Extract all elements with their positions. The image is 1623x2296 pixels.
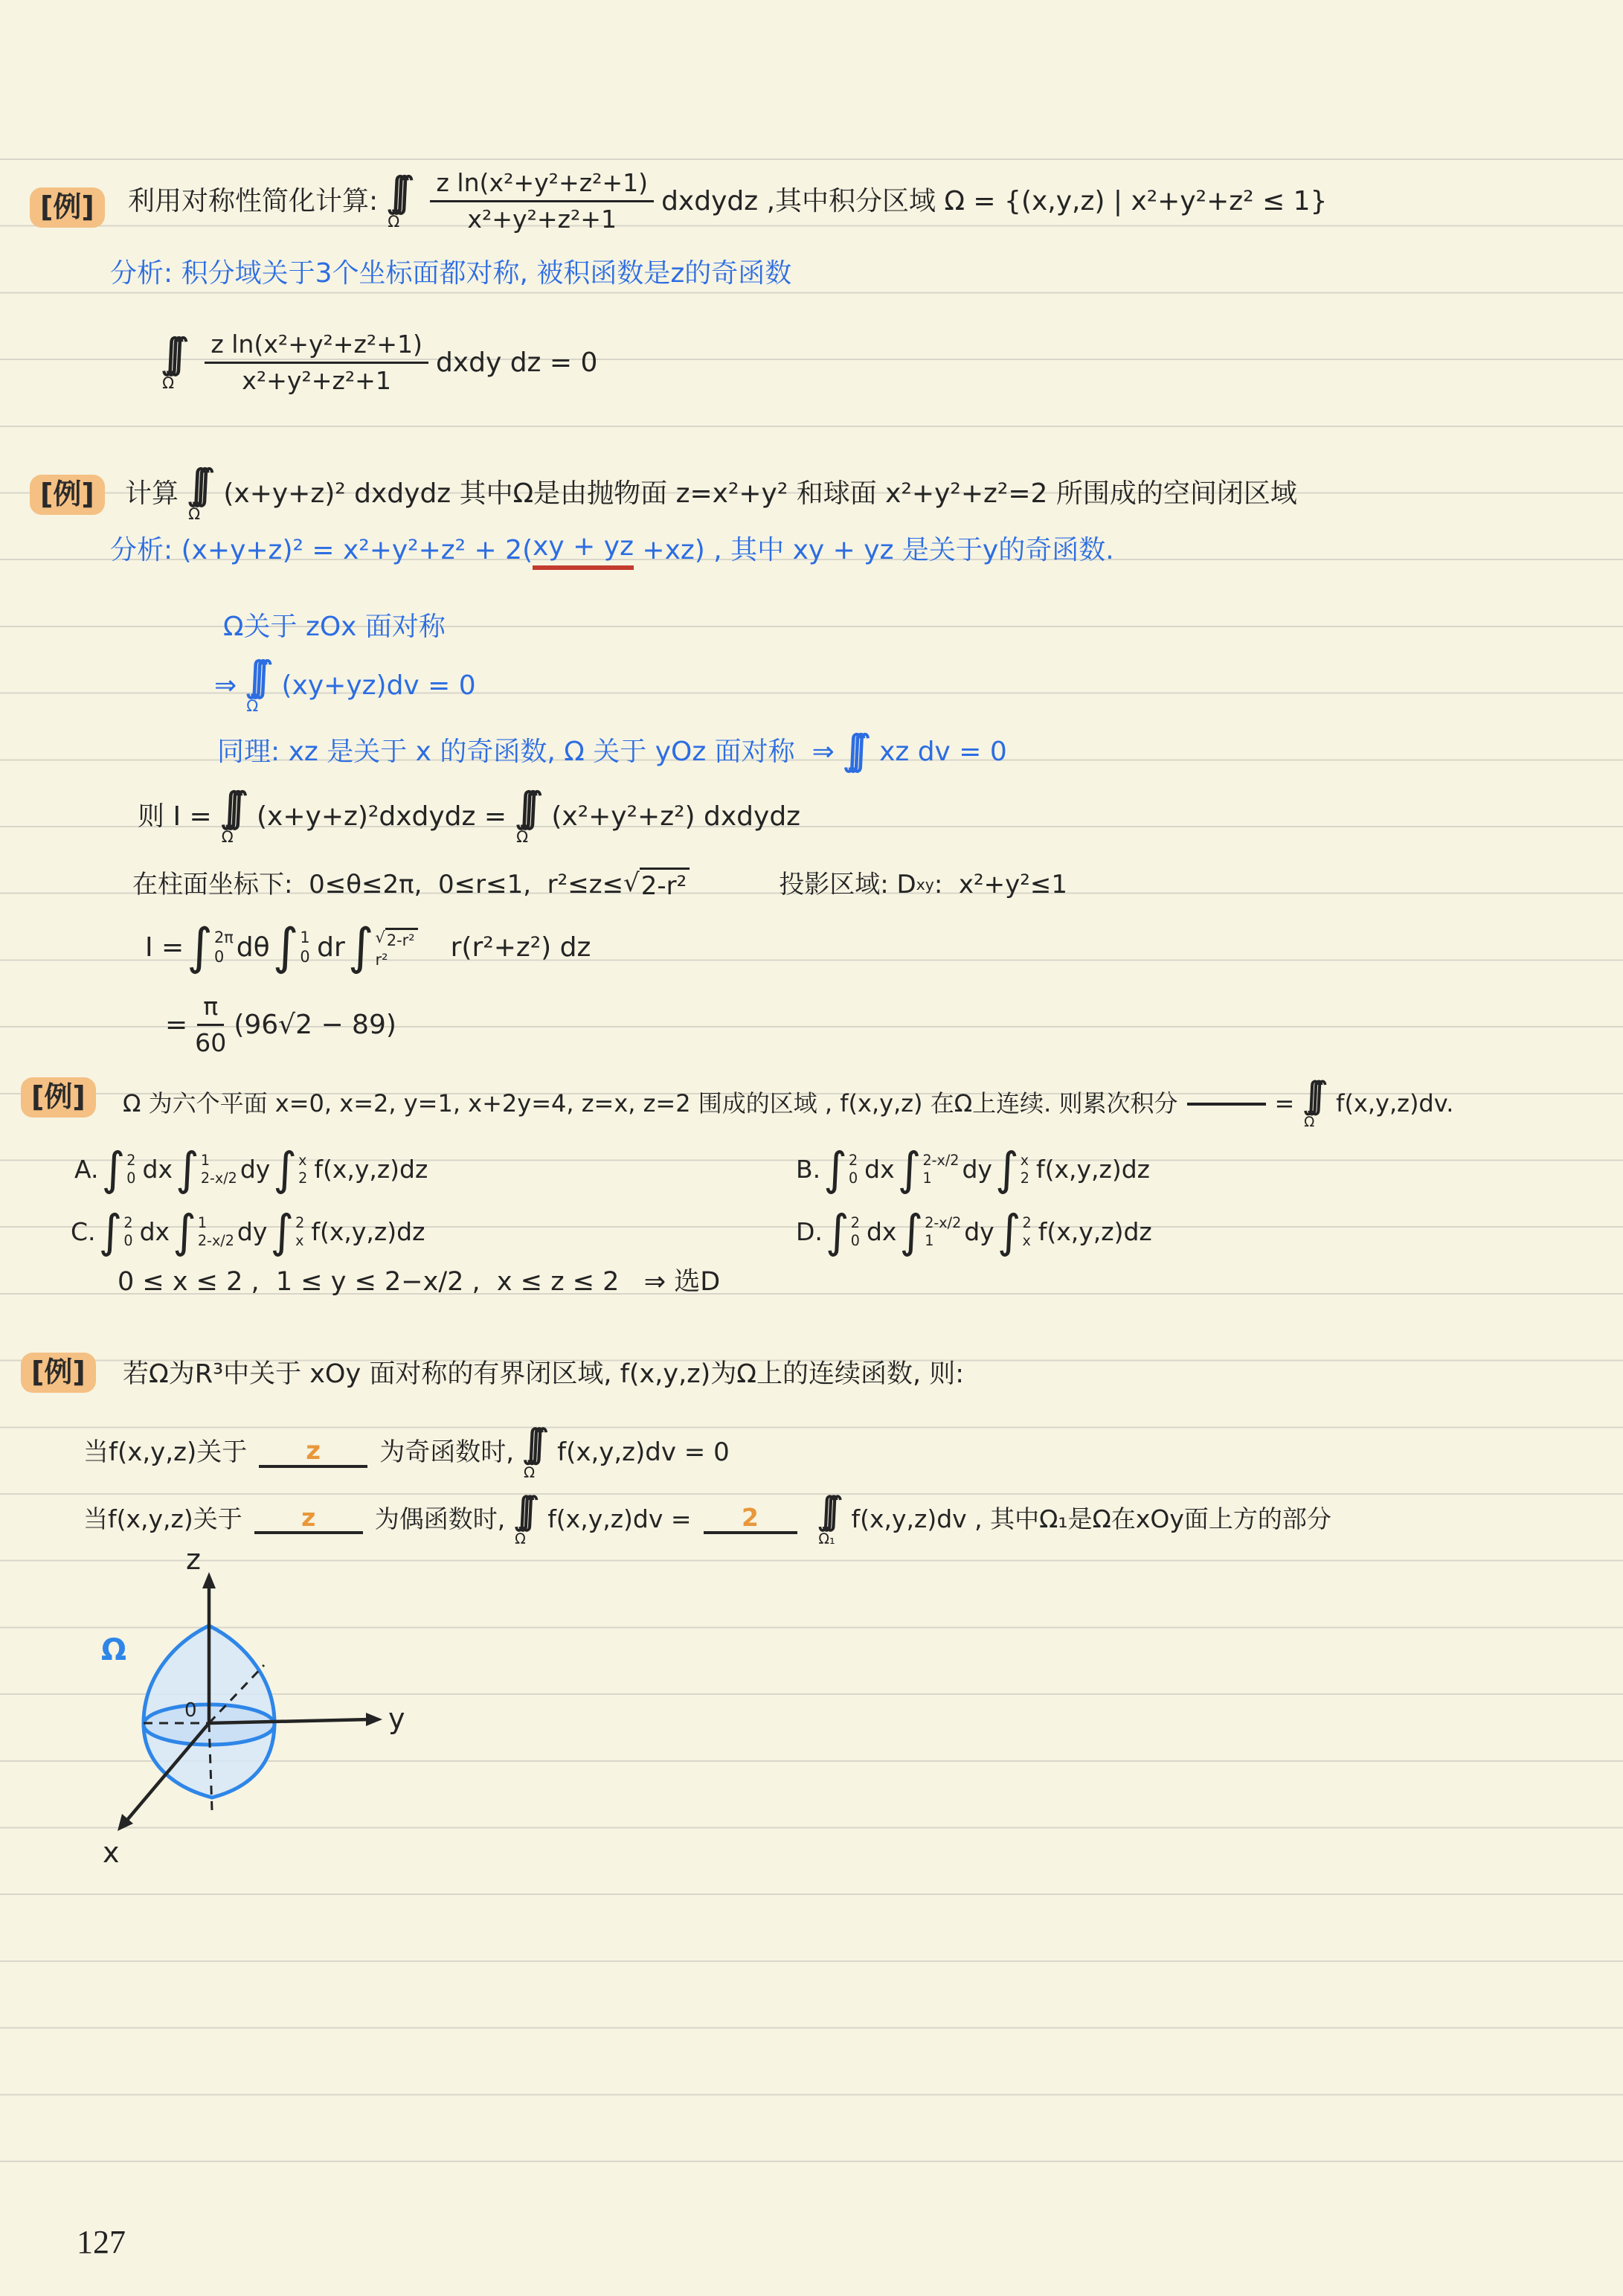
ex1-domain: 其中积分区域 Ω = {(x,y,z) | x²+y²+z² ≤ 1} [775, 185, 1327, 218]
ex4-l1-pre: 当f(x,y,z)关于 [83, 1437, 247, 1469]
ex2-result-line: = π60 (96√2 − 89) [165, 990, 396, 1060]
example-tag-2: [例] [30, 475, 105, 515]
ex1-fraction: z ln(x²+y²+z²+1)x²+y²+z²+1 [430, 168, 654, 234]
integral-z: ∫x2 [273, 1148, 311, 1191]
integral-z: ∫2x [270, 1210, 308, 1254]
ex1-differentials: dxdydz , [661, 185, 775, 218]
ex3-eq: = [1275, 1088, 1295, 1118]
x-axis-label: x [103, 1836, 120, 1869]
region-label: Ω [101, 1633, 126, 1667]
answer-z: z [306, 1438, 321, 1463]
ex4-odd-case-line: 当f(x,y,z)关于 z 为奇函数时, ∫∫∫Ω f(x,y,z)dv = 0 [83, 1417, 730, 1488]
answer-2: 2 [742, 1505, 759, 1530]
dy: dy [962, 1154, 992, 1184]
ex4-l2-mid: 为偶函数时, [375, 1504, 506, 1534]
triple-integral-icon: ∫∫∫Ω [385, 172, 415, 231]
integrand: f(x,y,z)dz [311, 1216, 425, 1247]
notebook-page: [例] 利用对称性简化计算: ∫∫∫Ω z ln(x²+y²+z²+1)x²+y… [0, 0, 1623, 2296]
triple-integral-icon: ∫∫∫Ω [1302, 1077, 1328, 1129]
integral-x: ∫20 [823, 1148, 861, 1191]
dy: dy [964, 1216, 994, 1247]
integrand: f(x,y,z)dz [1038, 1216, 1152, 1247]
ex2-sym2-pre: 同理: xz 是关于 x 的奇函数, Ω 关于 yOz 面对称 [217, 735, 812, 769]
ex2-result-tail: (96√2 − 89) [234, 1008, 396, 1042]
integral-y: ∫12-x/2 [173, 1210, 234, 1254]
triple-integral-icon: ∫∫∫Ω [521, 1425, 550, 1480]
integral-x: ∫20 [99, 1210, 137, 1254]
ex3-tail: f(x,y,z)dv. [1336, 1088, 1453, 1118]
y-arrowhead-icon [366, 1713, 382, 1726]
answer-blank [1187, 1101, 1266, 1106]
fill-in-blank: z [254, 1505, 363, 1534]
ex2-then-line: 则 I = ∫∫∫Ω (x+y+z)²dxdydz = ∫∫∫Ω (x²+y²+… [138, 775, 800, 857]
z-arrowhead-icon [202, 1572, 216, 1588]
ex2-symmetry-line-1: Ω关于 zOx 面对称 [223, 610, 446, 644]
ex3-conclusion-line: 0 ≤ x ≤ 2 , 1 ≤ y ≤ 2−x/2 , x ≤ z ≤ 2 ⇒ … [118, 1266, 720, 1299]
ex4-l1-mid: 为奇函数时, [379, 1437, 514, 1469]
ex2-result-eq: = [165, 1008, 187, 1042]
ex2-analysis-pre: 分析: (x+y+z)² = x²+y²+z² + 2( [110, 533, 533, 567]
integral-z: ∫2x [997, 1210, 1035, 1254]
dy: dy [240, 1154, 270, 1184]
ex2-proj-post: : x²+y²≤1 [934, 869, 1067, 901]
integral-z: ∫√2-r²r² [348, 923, 418, 970]
ex1-analysis-line: 分析: 积分域关于3个坐标面都对称, 被积函数是z的奇函数 [110, 257, 791, 290]
ex2-analysis-underlined: xy + yz [533, 530, 634, 570]
example-tag-3: [例] [21, 1077, 96, 1117]
ex3-conclusion: 0 ≤ x ≤ 2 , 1 ≤ y ≤ 2−x/2 , x ≤ z ≤ 2 ⇒ … [118, 1266, 720, 1299]
ex1-result-tail: dxdy dz = 0 [436, 346, 597, 379]
ex2-analysis-post: +xz) , 其中 xy + yz 是关于y的奇函数. [634, 533, 1114, 567]
integrand: f(x,y,z)dz [314, 1154, 428, 1184]
integral-y: ∫2-x/21 [898, 1148, 960, 1191]
integral-y: ∫2-x/21 [899, 1210, 961, 1254]
fill-in-blank: 2 [704, 1505, 797, 1534]
fill-in-blank: z [259, 1438, 367, 1468]
implies-icon: ⇒ [812, 735, 835, 769]
ex2-I-pre: I = [145, 931, 184, 964]
page-number: 127 [77, 2223, 126, 2261]
option-B-label: B. [796, 1154, 820, 1184]
dx: dx [140, 1216, 170, 1247]
ex2-step1-line: ⇒ ∫∫∫Ω (xy+yz)dv = 0 [214, 644, 476, 726]
ex2-stem-post: (x+y+z)² dxdydz 其中Ω是由抛物面 z=x²+y² 和球面 x²+… [223, 477, 1296, 510]
ex4-l2-eq: f(x,y,z)dv = [547, 1504, 691, 1534]
ex2-then-pre: 则 I = [138, 800, 212, 833]
ex2-proj-sub: xy [916, 876, 934, 895]
ex1-result-fraction: z ln(x²+y²+z²+1)x²+y²+z²+1 [205, 330, 428, 396]
triple-integral-icon: ∫∫∫Ω [512, 1492, 540, 1546]
ex2-d2: dr [317, 931, 345, 964]
dx: dx [143, 1154, 173, 1184]
ex1-analysis: 分析: 积分域关于3个坐标面都对称, 被积函数是z的奇函数 [110, 257, 791, 290]
ex2-cylindrical-line: 在柱面坐标下: 0≤θ≤2π, 0≤r≤1, r²≤z≤ √2-r² 投影区域:… [132, 868, 1067, 902]
ex2-step1-body: (xy+yz)dv = 0 [282, 669, 476, 702]
example-tag-4: [例] [21, 1353, 96, 1393]
option-D-label: D. [796, 1216, 823, 1247]
ex3-problem-line: Ω 为六个平面 x=0, x=2, y=1, x+2y=4, z=x, z=2 … [123, 1070, 1453, 1137]
answer-z: z [301, 1505, 315, 1530]
z-axis-label: z [186, 1544, 201, 1576]
y-axis-label: y [388, 1702, 405, 1735]
integral-theta: ∫2π0 [187, 923, 234, 970]
integrand: f(x,y,z)dz [1036, 1154, 1150, 1184]
ex2-analysis-line: 分析: (x+y+z)² = x²+y²+z² + 2(xy + yz +xz)… [110, 530, 1114, 570]
triple-integral-icon: ∫∫∫Ω₁ [817, 1492, 844, 1546]
ex2-cyl-bounds: 在柱面坐标下: 0≤θ≤2π, 0≤r≤1, r²≤z≤ [132, 869, 623, 901]
option-A-label: A. [74, 1154, 98, 1184]
triple-integral-icon: ∫∫∫Ω [244, 656, 274, 715]
integral-x: ∫20 [101, 1148, 139, 1191]
ex4-stem: 若Ω为R³中关于 xOy 面对称的有界闭区域, f(x,y,z)为Ω上的连续函数… [123, 1359, 964, 1391]
integral-x: ∫20 [826, 1210, 864, 1254]
ex2-then-post: (x²+y²+z²) dxdydz [551, 800, 800, 833]
triple-integral-icon: ∫∫∫Ω [186, 464, 216, 523]
dx: dx [864, 1154, 894, 1184]
ex4-l2-pre: 当f(x,y,z)关于 [83, 1504, 242, 1534]
option-D: D. ∫20 dx ∫2-x/21 dy ∫2x f(x,y,z)dz [796, 1195, 1152, 1269]
triple-integral-icon: ∫∫∫Ω [219, 787, 249, 846]
option-C: C. ∫20 dx ∫12-x/2 dy ∫2x f(x,y,z)dz [71, 1195, 425, 1269]
ex2-stem-pre: 计算 [125, 477, 179, 510]
triple-integral-icon: ∫∫∫Ω [160, 333, 190, 392]
ex2-proj-pre: 投影区域: D [779, 869, 916, 901]
ex1-problem-line: 利用对称性简化计算: ∫∫∫Ω z ln(x²+y²+z²+1)x²+y²+z²… [128, 149, 1327, 253]
dy: dy [237, 1216, 267, 1247]
ex2-I-body: r(r²+z²) dz [451, 931, 591, 964]
ex1-intro: 利用对称性简化计算: [128, 185, 378, 218]
ex2-iterated-integral-line: I = ∫2π0 dθ ∫10 dr ∫√2-r²r² r(r²+z²) dz [145, 906, 591, 988]
integral-r: ∫10 [273, 923, 314, 970]
triple-integral-icon: ∫∫∫Ω [514, 787, 544, 846]
ex4-problem-line: 若Ω为R³中关于 xOy 面对称的有界闭区域, f(x,y,z)为Ω上的连续函数… [123, 1359, 964, 1391]
implies-icon: ⇒ [214, 669, 237, 702]
ex2-then-mid: (x+y+z)²dxdydz = [257, 800, 507, 833]
sqrt-radical: √2-r² [623, 868, 690, 902]
ex2-problem-line: 计算 ∫∫∫Ω (x+y+z)² dxdydz 其中Ω是由抛物面 z=x²+y²… [125, 452, 1297, 534]
region-diagram: z y x 0 Ω [67, 1544, 424, 1946]
integral-z: ∫x2 [995, 1148, 1033, 1191]
ex2-d1: dθ [237, 931, 270, 964]
dx: dx [867, 1216, 896, 1247]
origin-label: 0 [184, 1699, 197, 1722]
ex4-l1-tail: f(x,y,z)dv = 0 [557, 1437, 730, 1469]
example-tag-1: [例] [30, 187, 105, 228]
ex2-sym1: Ω关于 zOx 面对称 [223, 610, 446, 644]
ex1-result-line: ∫∫∫Ω z ln(x²+y²+z²+1)x²+y²+z²+1 dxdy dz … [152, 307, 597, 418]
triple-integral-icon: ∫∫∫ [842, 730, 872, 773]
ex2-step2-body: xz dv = 0 [879, 735, 1007, 769]
ex2-result-fraction: π60 [195, 992, 226, 1058]
ex4-l2-tail: f(x,y,z)dv , 其中Ω₁是Ω在xOy面上方的部分 [851, 1504, 1331, 1534]
option-C-label: C. [71, 1216, 96, 1247]
ex3-stem: Ω 为六个平面 x=0, x=2, y=1, x+2y=4, z=x, z=2 … [123, 1088, 1178, 1118]
integral-y: ∫12-x/2 [176, 1148, 237, 1191]
